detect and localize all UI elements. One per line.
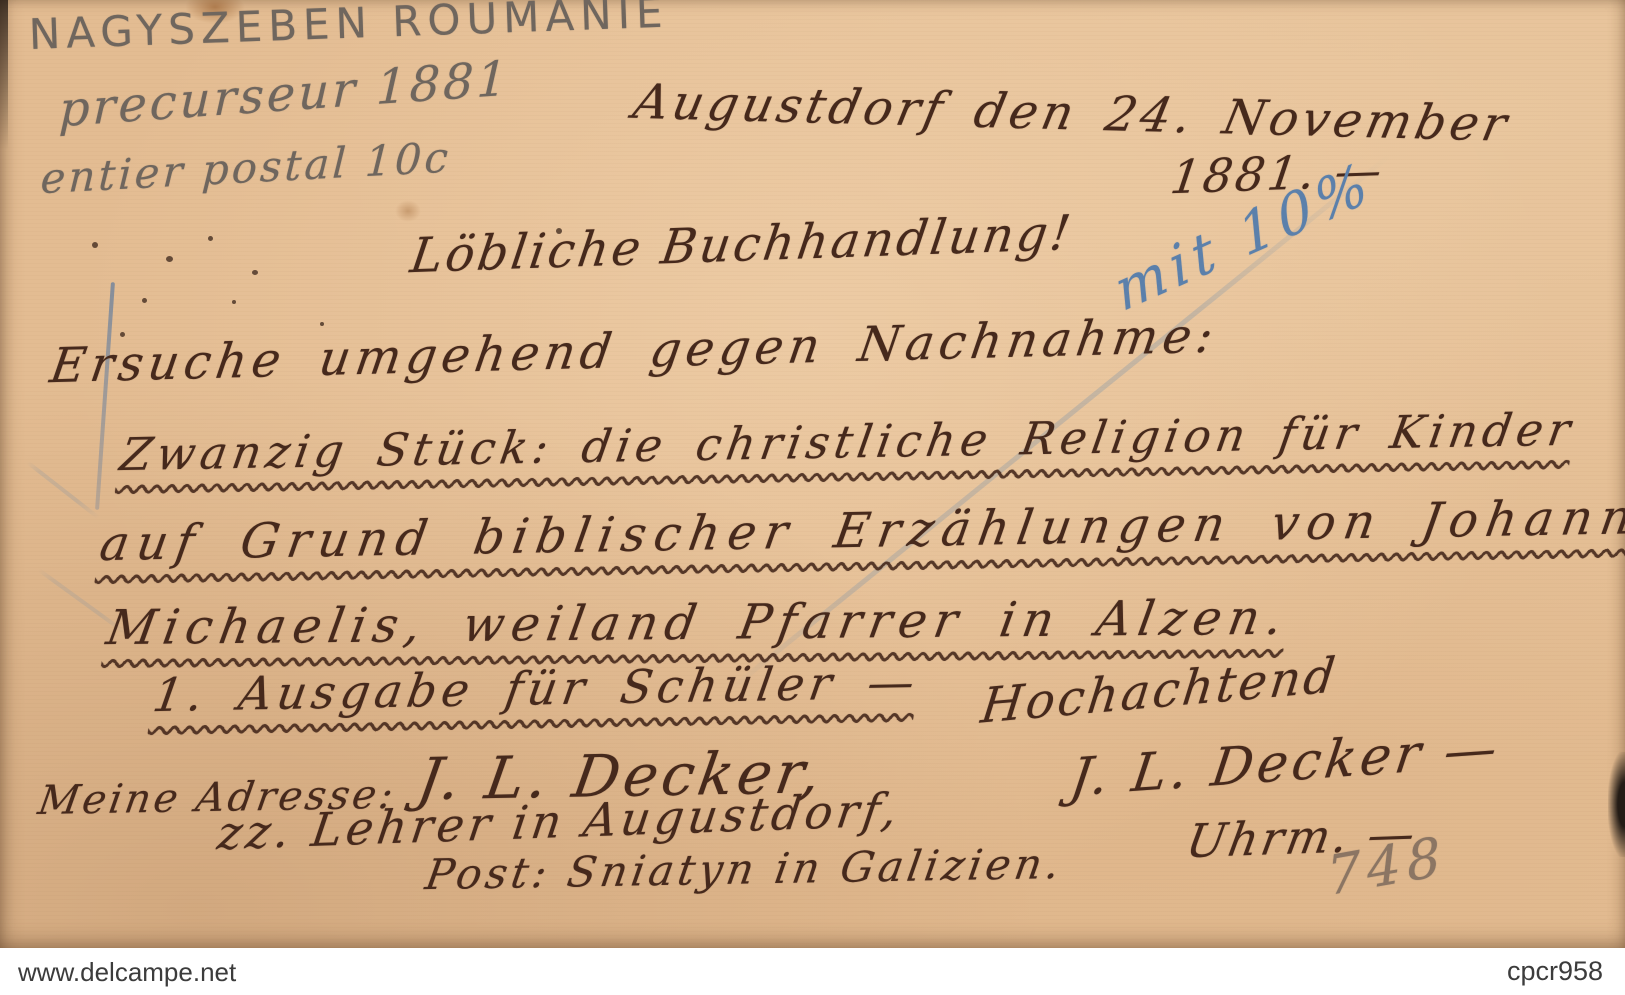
body-request: Ersuche umgehend gegen Nachnahme: (47, 307, 1222, 394)
address-line3: Post: Sniatyn in Galizien. (422, 839, 1067, 899)
body-order-line4: 1. Ausgabe für Schüler — (149, 655, 923, 723)
ink-speck (92, 242, 98, 248)
ink-speck (232, 300, 236, 304)
watermark-site: www.delcampe.net (18, 957, 236, 988)
pencil-note-line2: precurseur 1881 (58, 50, 511, 138)
signature-name: J. L. Decker — (1066, 718, 1504, 809)
watermark-seller: cpcr958 (1507, 956, 1603, 987)
pencil-note-line1: NAGYSZEBEN ROUMANIE (28, 0, 669, 59)
closing: Hochachtend (978, 647, 1341, 735)
right-edge-tear (1608, 752, 1625, 857)
ink-speck (252, 270, 258, 275)
ink-speck (166, 256, 173, 262)
blue-scribble (26, 461, 99, 520)
body-order-line2: auf Grund biblischer Erzählungen von Joh… (96, 489, 1625, 572)
blue-vertical-line (95, 282, 115, 510)
ink-speck (208, 236, 213, 241)
body-order-line1: Zwanzig Stück: die christliche Religion … (117, 403, 1579, 482)
ink-speck (320, 322, 324, 326)
postcard-scan: NAGYSZEBEN ROUMANIE precurseur 1881 enti… (0, 0, 1625, 995)
watermark-strip: www.delcampe.net cpcr958 (0, 948, 1625, 995)
pencil-note-line3: entier postal 10c (39, 132, 452, 203)
left-edge-shadow (0, 0, 8, 150)
dateline: Augustdorf den 24. November (629, 74, 1516, 153)
salutation: Löbliche Buchhandlung! (407, 205, 1077, 284)
stain-small (395, 200, 421, 222)
body-order-line3: Michaelis, weiland Pfarrer in Alzen. (103, 590, 1294, 656)
ink-speck (142, 298, 147, 303)
postcard: NAGYSZEBEN ROUMANIE precurseur 1881 enti… (0, 0, 1625, 948)
